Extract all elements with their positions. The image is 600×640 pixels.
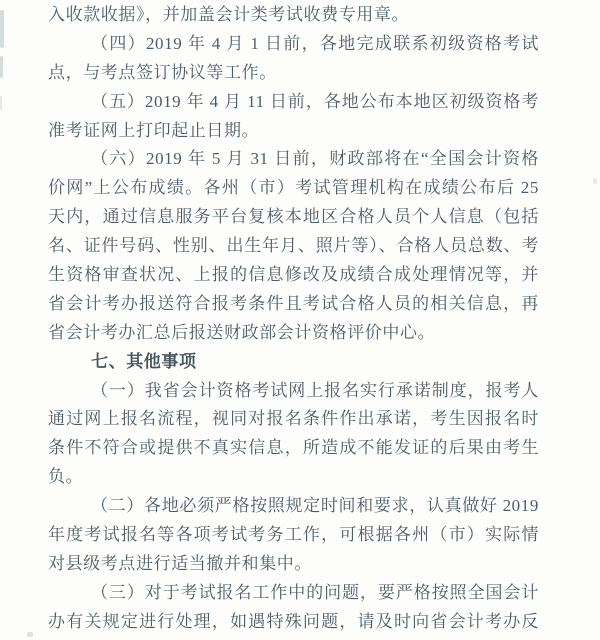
text-line: 条件不符合或提供不真实信息，所造成不能发证的后果由考生自 bbox=[48, 434, 539, 463]
text-line: 对县级考点进行适当撤并和集中。 bbox=[48, 550, 539, 579]
text-line: 准考证网上打印起止日期。 bbox=[48, 117, 539, 146]
text-line: 省会计考办汇总后报送财政部会计资格评价中心。 bbox=[48, 319, 539, 348]
scan-speck bbox=[593, 178, 597, 184]
text-line: 省会计考办报送符合报考条件且考试合格人员的相关信息，再由 bbox=[48, 290, 539, 319]
text-line: 价网”上公布成绩。各州（市）考试管理机构在成绩公布后 25 bbox=[48, 174, 539, 203]
text-line: 办有关规定进行处理，如遇特殊问题，请及时向省会计考办反映， bbox=[48, 608, 539, 637]
text-line: 名、证件号码、性别、出生年月、照片等）、合格人员总数、考 bbox=[48, 232, 539, 261]
text-line: （二）各地必须严格按照规定时间和要求，认真做好 2019 bbox=[48, 492, 539, 521]
text-line: 点，与考点签订协议等工作。 bbox=[48, 59, 539, 88]
scan-speck bbox=[27, 632, 33, 637]
section-heading: 七、其他事项 bbox=[48, 348, 539, 377]
text-line: 负。 bbox=[48, 463, 539, 492]
text-line: （一）我省会计资格考试网上报名实行承诺制度，报考人员 bbox=[48, 377, 539, 406]
scan-smudge bbox=[0, 96, 2, 110]
text-line: （四）2019 年 4 月 1 日前，各地完成联系初级资格考试考 bbox=[48, 30, 539, 59]
text-line: 天内，通过信息服务平台复核本地区合格人员个人信息（包括姓 bbox=[48, 203, 539, 232]
text-line: 入收款收据》，并加盖会计类考试收费专用章。 bbox=[48, 1, 539, 30]
document-text-block: 入收款收据》，并加盖会计类考试收费专用章。 （四）2019 年 4 月 1 日前… bbox=[48, 1, 539, 637]
scan-smudge bbox=[0, 56, 3, 78]
text-line: 通过网上报名流程，视同对报名条件作出承诺，考生因报名时的 bbox=[48, 405, 539, 434]
text-line: 年度考试报名等各项考试考务工作，可根据各州（市）实际情况 bbox=[48, 521, 539, 550]
text-line: （五）2019 年 4 月 11 日前，各地公布本地区初级资格考试 bbox=[48, 88, 539, 117]
text-line: （六）2019 年 5 月 31 日前，财政部将在“全国会计资格评 bbox=[48, 145, 539, 174]
text-line: 生资格审查状况、上报的信息修改及成绩合成处理情况等，并向 bbox=[48, 261, 539, 290]
scan-smudge bbox=[0, 10, 4, 48]
document-page: 入收款收据》，并加盖会计类考试收费专用章。 （四）2019 年 4 月 1 日前… bbox=[0, 0, 600, 640]
text-line: （三）对于考试报名工作中的问题，要严格按照全国会计考 bbox=[48, 579, 539, 608]
